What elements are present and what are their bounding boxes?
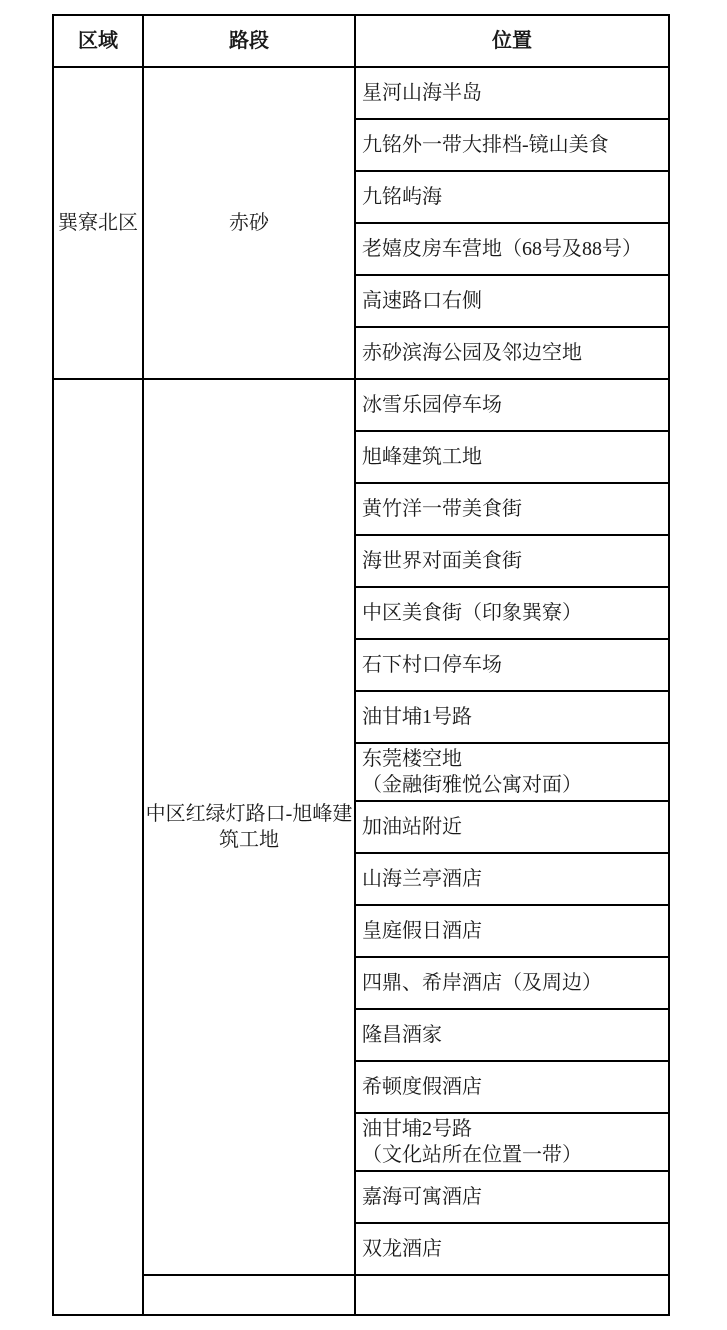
location-cell: 旭峰建筑工地: [355, 431, 669, 483]
location-cell: 希顿度假酒店: [355, 1061, 669, 1113]
truncated-next-row: [53, 1275, 669, 1315]
column-header-location: 位置: [355, 15, 669, 67]
location-cell: 山海兰亭酒店: [355, 853, 669, 905]
road-cell: 赤砂: [143, 67, 355, 379]
table-row: 中区红绿灯路口-旭峰建筑工地冰雪乐园停车场: [53, 379, 669, 431]
location-cell: 东莞楼空地 （金融街雅悦公寓对面）: [355, 743, 669, 801]
location-cell: 嘉海可寓酒店: [355, 1171, 669, 1223]
location-cell: 老嬉皮房车营地（68号及88号）: [355, 223, 669, 275]
location-cell: 隆昌酒家: [355, 1009, 669, 1061]
location-cell: 九铭屿海: [355, 171, 669, 223]
location-cell: 海世界对面美食街: [355, 535, 669, 587]
location-cell: 双龙酒店: [355, 1223, 669, 1275]
location-cell: 石下村口停车场: [355, 639, 669, 691]
road-cell: [143, 1275, 355, 1315]
location-cell: 星河山海半岛: [355, 67, 669, 119]
location-cell: 中区美食街（印象巽寮）: [355, 587, 669, 639]
location-cell: 四鼎、希岸酒店（及周边）: [355, 957, 669, 1009]
location-cell: 高速路口右侧: [355, 275, 669, 327]
area-cell: 巽寮北区: [53, 67, 143, 379]
scanned-document-page: 区域 路段 位置 巽寮北区赤砂星河山海半岛九铭外一带大排档-镜山美食九铭屿海老嬉…: [0, 0, 727, 1330]
location-cell: 皇庭假日酒店: [355, 905, 669, 957]
table-header: 区域 路段 位置: [53, 15, 669, 67]
header-row: 区域 路段 位置: [53, 15, 669, 67]
column-header-road: 路段: [143, 15, 355, 67]
location-cell: [355, 1275, 669, 1315]
location-cell: 冰雪乐园停车场: [355, 379, 669, 431]
column-header-area: 区域: [53, 15, 143, 67]
table-body: 巽寮北区赤砂星河山海半岛九铭外一带大排档-镜山美食九铭屿海老嬉皮房车营地（68号…: [53, 67, 669, 1315]
location-cell: 加油站附近: [355, 801, 669, 853]
location-cell: 黄竹洋一带美食街: [355, 483, 669, 535]
road-locations-table: 区域 路段 位置 巽寮北区赤砂星河山海半岛九铭外一带大排档-镜山美食九铭屿海老嬉…: [52, 14, 670, 1316]
location-cell: 赤砂滨海公园及邻边空地: [355, 327, 669, 379]
area-cell: [53, 379, 143, 1315]
location-cell: 九铭外一带大排档-镜山美食: [355, 119, 669, 171]
location-cell: 油甘埔2号路 （文化站所在位置一带）: [355, 1113, 669, 1171]
table-row: 巽寮北区赤砂星河山海半岛: [53, 67, 669, 119]
location-cell: 油甘埔1号路: [355, 691, 669, 743]
road-cell: 中区红绿灯路口-旭峰建筑工地: [143, 379, 355, 1275]
